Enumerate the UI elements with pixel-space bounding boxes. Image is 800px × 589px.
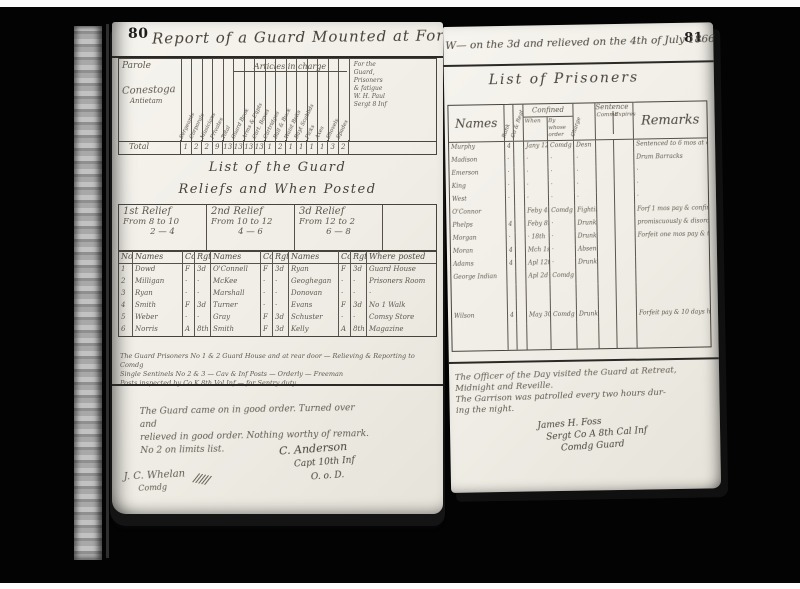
roster-name: Turner <box>211 300 261 312</box>
total-value: 9 <box>213 140 224 154</box>
roster-row: 3 Ryan · · Marshall · · Donovan · · · <box>119 288 436 300</box>
strength-totals-row: Total 12291313131312111132 <box>118 140 437 155</box>
empty-cell <box>599 322 617 348</box>
roster-regt: 3d <box>351 264 367 276</box>
prisoner-rank: · <box>505 155 514 168</box>
prisoner-confined-when: · <box>525 193 549 206</box>
roster-name: Ryan <box>289 264 339 276</box>
col-expires-label: Expires <box>613 111 633 134</box>
prisoner-co <box>515 194 525 207</box>
prisoners-empty-ruling <box>452 320 710 350</box>
guard-commander-signature: James H. Foss Sergt Co A 8th Cal Inf Com… <box>537 413 648 457</box>
total-value: 13 <box>223 140 234 154</box>
relief-hours: From 8 to 10 <box>123 217 202 227</box>
empty-cell <box>617 322 637 348</box>
prisoner-rank: · <box>507 233 516 246</box>
roster-where-posted: Prisoners Room <box>367 276 436 288</box>
col-remarks: Remarks <box>633 101 707 138</box>
roster-co: · <box>183 288 195 300</box>
roster-row: 2 Milligan · · McKee · · Geoghegan · · P… <box>119 276 436 288</box>
roster-where-posted: Comsy Store <box>367 312 436 324</box>
officer-of-day-signature: C. Anderson Capt 10th Inf O. o. D. <box>279 439 357 486</box>
film-frame-top <box>0 0 800 7</box>
roster-where-posted: No 1 Walk <box>367 300 436 312</box>
prisoner-remarks <box>636 268 709 282</box>
col-names: Names <box>448 105 505 142</box>
prisoner-name: King <box>450 181 506 195</box>
prisoner-sentence-expires <box>616 270 636 283</box>
signature-rank: Comdg <box>138 480 186 494</box>
prisoner-co <box>515 207 525 220</box>
prisoner-remarks <box>636 255 709 269</box>
prisoner-confined-order: · <box>549 219 575 232</box>
footnote-line: The Guard Prisoners No 1 & 2 Guard House… <box>120 352 435 370</box>
roster-regt: 3d <box>195 300 211 312</box>
list-of-prisoners-heading: List of Prisoners <box>444 69 684 89</box>
roster-no: 5 <box>119 312 133 324</box>
strength-column: Musicians <box>203 59 214 141</box>
roster-co: F <box>183 264 195 276</box>
relief-hours: From 10 to 12 <box>211 217 290 227</box>
prisoner-charge <box>577 296 599 309</box>
relief-cell: 2nd Relief From 10 to 12 4 — 6 <box>207 205 295 251</box>
guard-strength-table: Parole Conestoga Antietam SergeantsCorpo… <box>118 58 437 142</box>
roster-name: Schuster <box>289 312 339 324</box>
roster-regt: 3d <box>273 324 289 336</box>
roster-regt: 3d <box>195 264 211 276</box>
relief-cell: 1st Relief From 8 to 10 2 — 4 <box>119 205 207 251</box>
prisoner-charge: Drunk <box>576 257 598 270</box>
prisoner-sentence-commd <box>598 270 616 283</box>
total-value: 2 <box>192 140 203 154</box>
total-value: 1 <box>307 140 318 154</box>
prisoner-confined-order: · <box>550 245 576 258</box>
ledger-page-right: 81 W— on the 3d and relieved on the 4th … <box>443 22 721 493</box>
ledger-page-left: 80 Report of a Guard Mounted at Fort Par… <box>112 22 443 514</box>
prisoner-remarks: · <box>634 164 707 178</box>
prisoner-sentence-commd <box>597 192 615 205</box>
prisoner-name: Moran <box>451 246 507 260</box>
roster-name: Dowd <box>133 264 183 276</box>
prisoner-charge: Drunk <box>576 231 598 244</box>
prisoner-sentence-commd <box>598 244 616 257</box>
total-value: 13 <box>244 140 255 154</box>
roster-co: · <box>183 312 195 324</box>
parole-label: Parole <box>122 61 178 71</box>
prisoner-co <box>514 155 524 168</box>
prisoner-sentence-expires <box>615 218 635 231</box>
prisoner-confined-when: Jany 12th <box>524 141 548 154</box>
prisoner-remarks <box>637 294 710 308</box>
prisoner-sentence-expires <box>615 192 635 205</box>
prisoner-remarks: Drum Barracks <box>634 151 707 165</box>
prisoner-charge <box>576 270 598 283</box>
roster-regt: · <box>273 288 289 300</box>
roster-name: Smith <box>133 300 183 312</box>
total-value: 1 <box>297 140 308 154</box>
prisoner-rank: 4 <box>507 246 516 259</box>
prisoner-confined-order: · <box>548 167 574 180</box>
total-value: 1 <box>265 140 276 154</box>
prisoner-confined-when <box>527 297 551 310</box>
roster-footnotes: The Guard Prisoners No 1 & 2 Guard House… <box>120 352 435 388</box>
col-when-label: When <box>524 117 548 140</box>
prisoners-header-row: Names Rank Co & Regt Confined When By wh… <box>448 101 707 142</box>
roster-co: A <box>183 324 195 336</box>
prisoner-rank: 4 <box>506 220 515 233</box>
roster-header: No <box>119 251 133 264</box>
roster-name: O'Connell <box>211 264 261 276</box>
roster-co: · <box>339 288 351 300</box>
prisoner-remarks: · <box>635 177 708 191</box>
prisoner-co <box>516 272 526 285</box>
prisoner-charge: Fighting <box>575 205 597 218</box>
prisoner-co <box>516 246 526 259</box>
prisoner-sentence-commd <box>596 153 614 166</box>
prisoner-charge: Drunk <box>577 309 599 322</box>
roster-where-posted: · <box>367 288 436 300</box>
section-rule <box>449 357 719 364</box>
prisoner-co <box>517 285 527 298</box>
roster-co: · <box>261 276 273 288</box>
roster-co: F <box>183 300 195 312</box>
col-sentence-group: Sentence Commd Expires <box>595 103 634 140</box>
roster-row: 4 Smith F 3d Turner · · Evans F 3d No 1 … <box>119 300 436 312</box>
prisoner-remarks: · <box>635 190 708 204</box>
roster-name: Marshall <box>211 288 261 300</box>
roster-regt: 3d <box>273 312 289 324</box>
prisoner-sentence-commd <box>598 283 616 296</box>
roster-regt: 3d <box>273 264 289 276</box>
roster-regt: · <box>351 312 367 324</box>
prisoner-name: O'Connor <box>450 207 506 221</box>
note-line: The Guard came on in good order. Turned … <box>140 402 370 432</box>
strength-note-line: For the <box>354 61 432 69</box>
title-rule <box>444 60 714 67</box>
report-title: Report of a Guard Mounted at Fort <box>152 26 452 47</box>
prisoner-sentence-expires <box>615 179 635 192</box>
prisoner-sentence-expires <box>614 140 634 153</box>
prisoner-sentence-expires <box>615 205 635 218</box>
empty-cell <box>577 322 599 348</box>
commander-signature: J. C. Whelan Comdg <box>123 468 186 495</box>
prisoner-sentence-expires <box>614 153 634 166</box>
prisoners-body: Murphy 4 Jany 12th Comdg Offr Desn Sente… <box>449 138 710 324</box>
prisoner-confined-order: · <box>548 154 574 167</box>
prisoner-remarks: Forfeit one mos pay & ten days hard labo… <box>636 229 709 243</box>
prisoner-confined-when: · <box>525 180 549 193</box>
prisoner-name: Phelps <box>450 220 506 234</box>
col-by-whose-order-label: By whose order <box>547 117 573 140</box>
prisoner-charge: Absence <box>576 244 598 257</box>
roster-name: Geoghegan <box>289 276 339 288</box>
prisoner-confined-order: · <box>550 258 576 271</box>
roster-no: 1 <box>119 264 133 276</box>
roster-row: 1 Dowd F 3d O'Connell F 3d Ryan F 3d Gua… <box>119 264 436 276</box>
list-of-guard-heading: List of the Guard <box>112 160 443 175</box>
roster-header: Co <box>339 251 351 264</box>
roster-name: Kelly <box>289 324 339 336</box>
prisoner-sentence-commd <box>596 166 614 179</box>
total-value: 2 <box>276 140 287 154</box>
prisoner-sentence-expires <box>616 231 636 244</box>
roster-co: · <box>261 288 273 300</box>
page-number-left: 80 <box>128 26 148 42</box>
prisoner-co <box>514 142 524 155</box>
prisoner-confined-order <box>551 297 577 310</box>
roster-name: Ryan <box>133 288 183 300</box>
prisoner-charge: · <box>575 192 597 205</box>
prisoner-confined-order: · <box>549 180 575 193</box>
prisoner-co <box>517 311 527 324</box>
relief-name: 2nd Relief <box>211 206 290 217</box>
prisoner-sentence-expires <box>617 309 637 322</box>
prisoner-name <box>452 285 508 299</box>
prisoner-name: Morgan <box>451 233 507 247</box>
roster-co: · <box>261 300 273 312</box>
prisoner-charge: · <box>574 166 596 179</box>
prisoner-rank: · <box>505 168 514 181</box>
prisoner-name: Madison <box>449 155 505 169</box>
prisoner-sentence-commd <box>597 218 615 231</box>
prisoner-co <box>517 298 527 311</box>
roster-no: 3 <box>119 288 133 300</box>
roster-co: · <box>183 276 195 288</box>
relief-hours-2: 2 — 4 <box>123 227 202 237</box>
roster-co: F <box>261 324 273 336</box>
roster-regt: 8th <box>351 324 367 336</box>
roster-header: Rgt <box>273 251 289 264</box>
roster-where-posted: Guard House <box>367 264 436 276</box>
empty-cell <box>637 320 710 347</box>
prisoner-confined-when: · <box>524 154 548 167</box>
roster-co: A <box>339 324 351 336</box>
roster-header: Where posted <box>367 251 436 264</box>
roster-header-row: No Names Co Rgt Names Co Rgt Names Co Rg… <box>119 251 436 264</box>
total-value: 2 <box>202 140 213 154</box>
roster-co: · <box>339 312 351 324</box>
prisoner-confined-when: Mch 1st <box>526 245 550 258</box>
col-names-label: Names <box>455 116 498 131</box>
prisoner-rank <box>506 207 515 220</box>
relief-hours-2: 4 — 6 <box>211 227 290 237</box>
roster-name: Weber <box>133 312 183 324</box>
prisoner-remarks <box>636 281 709 295</box>
roster-name: Donovan <box>289 288 339 300</box>
roster-regt: · <box>195 276 211 288</box>
prisoners-table: Names Rank Co & Regt Confined When By wh… <box>447 100 711 352</box>
empty-cell <box>452 324 508 351</box>
prisoner-rank: 4 <box>507 259 516 272</box>
book-spine-page-edges <box>74 26 102 560</box>
empty-cell <box>508 324 517 350</box>
roster-header: Names <box>289 251 339 264</box>
total-value: 13 <box>234 140 245 154</box>
roster-co: F <box>261 312 273 324</box>
total-value: 2 <box>339 140 350 154</box>
prisoner-rank: · <box>506 181 515 194</box>
roster-header: Co <box>183 251 195 264</box>
totals-label: Total <box>119 140 181 154</box>
roster-name: Milligan <box>133 276 183 288</box>
prisoner-name: Emerson <box>449 168 505 182</box>
relief-cell: 3d Relief From 12 to 2 6 — 8 <box>295 205 383 251</box>
roster-name: Evans <box>289 300 339 312</box>
roster-no: 4 <box>119 300 133 312</box>
prisoner-remarks: Sentenced to 6 mos at one mos hard labor <box>634 138 707 152</box>
prisoner-remarks: Forfeit pay & 10 days hard labor <box>637 307 710 321</box>
col-charge: Charge <box>573 103 596 139</box>
roster-row: 6 Norris A 8th Smith F 3d Kelly A 8th Ma… <box>119 324 436 336</box>
prisoner-confined-order: Comdg Offr <box>548 141 574 154</box>
prisoner-confined-when: Apl 2d <box>526 271 550 284</box>
prisoner-remarks: promiscuously & disorderly <box>635 216 708 230</box>
prisoner-co <box>516 233 526 246</box>
prisoner-confined-order: · <box>550 232 576 245</box>
roster-regt: 3d <box>351 300 367 312</box>
section-rule <box>112 384 443 386</box>
strength-note-cell: For theGuard,Prisoners& fatigueW. H. Pau… <box>350 59 436 141</box>
prisoner-co <box>516 259 526 272</box>
prisoner-confined-when: · <box>524 167 548 180</box>
prisoner-confined-order: Comdg Offr <box>551 310 577 323</box>
prisoner-charge: · <box>575 179 597 192</box>
prisoner-rank <box>508 285 517 298</box>
prisoner-rank: · <box>506 194 515 207</box>
relief-hours-2: 6 — 8 <box>299 227 378 237</box>
reliefs-heading: Reliefs and When Posted <box>112 182 443 197</box>
prisoner-confined-order: · <box>549 193 575 206</box>
prisoner-name: West <box>450 194 506 208</box>
col-remarks-label: Remarks <box>641 112 700 128</box>
strength-note-line: Guard, <box>354 69 432 77</box>
prisoner-charge <box>577 283 599 296</box>
prisoner-confined-when: Feby 8th <box>525 219 549 232</box>
total-value: 1 <box>286 140 297 154</box>
prisoner-name: George Indian <box>451 272 507 286</box>
prisoner-confined-when: · 18th <box>526 232 550 245</box>
strength-column: Privates <box>213 59 224 141</box>
roster-name: McKee <box>211 276 261 288</box>
col-confined-group: Confined When By whose order <box>523 104 574 141</box>
roster-name: Gray <box>211 312 261 324</box>
spine-shadow-line <box>106 24 109 558</box>
roster-header: Rgt <box>195 251 211 264</box>
reliefs-table: 1st Relief From 8 to 10 2 — 4 2nd Relief… <box>118 204 437 252</box>
countersign-word-2: Antietam <box>130 97 178 105</box>
prisoner-rank: 4 <box>508 311 517 324</box>
roster-header: Rgt <box>351 251 367 264</box>
prisoner-confined-order: Comdg Offr <box>549 206 575 219</box>
prisoner-confined-when: Apl 12th <box>526 258 550 271</box>
roster-name: Norris <box>133 324 183 336</box>
empty-cell <box>517 324 527 350</box>
relief-name: 1st Relief <box>123 206 202 217</box>
relief-hours: From 12 to 2 <box>299 217 378 227</box>
countersign-word: Conestoga <box>122 84 178 97</box>
prisoner-name: Murphy <box>449 142 505 156</box>
col-commenced-label: Commd <box>595 111 613 134</box>
prisoner-charge: Desn <box>574 140 596 153</box>
microfilm-scan: 80 Report of a Guard Mounted at Fort Par… <box>0 0 800 589</box>
roster-body: 1 Dowd F 3d O'Connell F 3d Ryan F 3d Gua… <box>119 264 436 336</box>
report-title-continuation: W— on the 3d and relieved on the 4th of … <box>445 34 695 53</box>
total-value: 1 <box>181 140 192 154</box>
roster-co: F <box>339 300 351 312</box>
roster-no: 6 <box>119 324 133 336</box>
roster-regt: · <box>351 288 367 300</box>
roster-name: Smith <box>211 324 261 336</box>
prisoner-sentence-expires <box>616 257 636 270</box>
prisoner-sentence-commd <box>599 296 617 309</box>
prisoner-sentence-expires <box>616 283 636 296</box>
roster-no: 2 <box>119 276 133 288</box>
prisoner-confined-when: May 30th <box>527 310 551 323</box>
strength-note-line: Prisoners <box>354 77 432 85</box>
strength-column: Corporals <box>192 59 203 141</box>
prisoner-sentence-commd <box>598 231 616 244</box>
roster-co: · <box>339 276 351 288</box>
roster-regt: · <box>273 276 289 288</box>
totals-cells: 12291313131312111132 <box>181 140 349 154</box>
roster-header: Names <box>133 251 183 264</box>
col-confined-label: Confined <box>523 104 572 118</box>
prisoner-sentence-commd <box>597 179 615 192</box>
strength-note-line: Sergt 8 Inf <box>354 101 432 109</box>
prisoner-remarks: Forf 1 mos pay & confinement at hard lab… <box>635 203 708 217</box>
signature-role: O. o. D. <box>311 467 357 484</box>
prisoner-confined-when <box>527 284 551 297</box>
prisoner-sentence-expires <box>617 296 637 309</box>
prisoner-rank <box>507 272 516 285</box>
film-frame-bottom <box>0 583 800 589</box>
prisoner-charge: · <box>574 153 596 166</box>
prisoner-co <box>514 168 524 181</box>
roster-where-posted: Magazine <box>367 324 436 336</box>
strength-note-line: & fatigue <box>354 85 432 93</box>
prisoner-confined-order: Comdg <box>550 271 576 284</box>
col-co-regt: Co & Regt <box>513 105 524 141</box>
total-value: 1 <box>318 140 329 154</box>
prisoner-name: Adams <box>451 259 507 273</box>
prisoner-charge: Drunkss <box>575 218 597 231</box>
prisoner-sentence-commd <box>599 309 617 322</box>
relief-name: 3d Relief <box>299 206 378 217</box>
tally-marks: ///// <box>193 471 211 488</box>
roster-co: F <box>261 264 273 276</box>
prisoner-sentence-expires <box>616 244 636 257</box>
prisoner-sentence-commd <box>598 257 616 270</box>
prisoner-sentence-expires <box>614 166 634 179</box>
prisoner-name: Wilson <box>452 311 508 325</box>
articles-in-charge-header: Articles in charge <box>233 62 347 72</box>
roster-regt: 8th <box>195 324 211 336</box>
roster-co: F <box>339 264 351 276</box>
guard-roster-table: No Names Co Rgt Names Co Rgt Names Co Rg… <box>118 250 437 337</box>
prisoner-remarks <box>636 242 709 256</box>
roster-row: 5 Weber · · Gray F 3d Schuster · · Comsy… <box>119 312 436 324</box>
prisoner-rank: 4 <box>505 142 514 155</box>
parole-countersign-cell: Parole Conestoga Antietam <box>119 59 182 141</box>
footnote-line: Single Sentinels No 2 & 3 — Cav & Inf Po… <box>120 370 435 379</box>
prisoner-co <box>515 181 525 194</box>
total-value: 3 <box>328 140 339 154</box>
prisoner-confined-when: Feby 4th <box>525 206 549 219</box>
strength-note-line: W. H. Paul <box>354 93 432 101</box>
officer-visits-note: The Officer of the Day visited the Guard… <box>455 364 706 417</box>
roster-header: Names <box>211 251 261 264</box>
empty-cell <box>527 323 551 349</box>
